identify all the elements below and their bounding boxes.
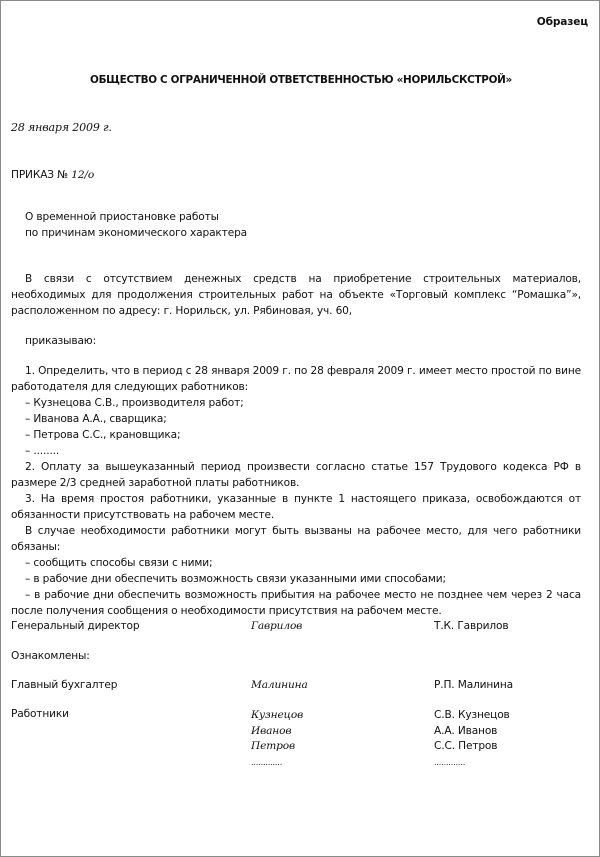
document-page: Образец ОБЩЕСТВО С ОГРАНИЧЕННОЙ ОТВЕТСТВ… (0, 0, 600, 857)
signer-position: Генеральный директор (11, 620, 139, 632)
signer-signature: Гаврилов (251, 620, 302, 632)
order-number: ПРИКАЗ № 12/о (11, 169, 94, 181)
list-item: – в рабочие дни обеспечить возможность с… (11, 571, 581, 587)
sample-label: Образец (537, 16, 588, 28)
signer-name: С.С. Петров (434, 739, 510, 755)
order-subject: О временной приостановке работы по причи… (25, 209, 247, 241)
item-3-note: В случае необходимости работники могут б… (11, 523, 581, 555)
signer-name: ............. (434, 755, 510, 771)
signer-name: С.В. Кузнецов (434, 708, 510, 724)
acknowledged-label: Ознакомлены: (11, 650, 591, 666)
order-prefix: ПРИКАЗ № (11, 169, 71, 181)
list-item: – сообщить способы связи с ними; (11, 555, 581, 571)
intro-paragraph: В связи с отсутствием денежных средств н… (11, 271, 581, 319)
order-date: 28 января 2009 г. (11, 121, 112, 134)
signer-signature: Кузнецов (251, 708, 303, 724)
signer-signature: ............. (251, 755, 303, 771)
workers-list: – Кузнецова С.В., производителя работ; –… (11, 395, 581, 459)
order-number-value: 12/о (71, 169, 94, 181)
acknowledged-text: Ознакомлены: (11, 650, 90, 662)
signer-name: Т.К. Гаврилов (434, 620, 508, 632)
signer-position: Работники (11, 708, 69, 720)
signer-signature: Малинина (251, 679, 308, 691)
signature-row-workers: Работники Кузнецов Иванов Петров .......… (11, 708, 591, 778)
signer-signature: Иванов (251, 724, 303, 740)
organization-title: ОБЩЕСТВО С ОГРАНИЧЕННОЙ ОТВЕТСТВЕННОСТЬЮ… (1, 74, 600, 86)
item-3: 3. На время простоя работники, указанные… (11, 491, 581, 523)
signature-row-accountant: Главный бухгалтер Малинина Р.П. Малинина (11, 679, 591, 695)
signer-name: А.А. Иванов (434, 724, 510, 740)
order-word: приказываю: (25, 335, 96, 347)
subject-line: по причинам экономического характера (25, 225, 247, 241)
workers-names: С.В. Кузнецов А.А. Иванов С.С. Петров ..… (434, 708, 510, 770)
signature-row-director: Генеральный директор Гаврилов Т.К. Гаври… (11, 620, 591, 636)
workers-signatures: Кузнецов Иванов Петров ............. (251, 708, 303, 770)
order-items: 1. Определить, что в период с 28 января … (11, 363, 581, 619)
item-1: 1. Определить, что в период с 28 января … (11, 363, 581, 395)
list-item: – Иванова А.А., сварщика; (25, 411, 581, 427)
item-2: 2. Оплату за вышеуказанный период произв… (11, 459, 581, 491)
signer-signature: Петров (251, 739, 303, 755)
subject-line: О временной приостановке работы (25, 209, 247, 225)
list-item: – в рабочие дни обеспечить возможность п… (11, 587, 581, 619)
list-item: – Петрова С.С., крановщика; (25, 427, 581, 443)
signer-name: Р.П. Малинина (434, 679, 513, 691)
list-item: – Кузнецова С.В., производителя работ; (25, 395, 581, 411)
signer-position: Главный бухгалтер (11, 679, 117, 691)
list-item: – ........ (25, 443, 581, 459)
